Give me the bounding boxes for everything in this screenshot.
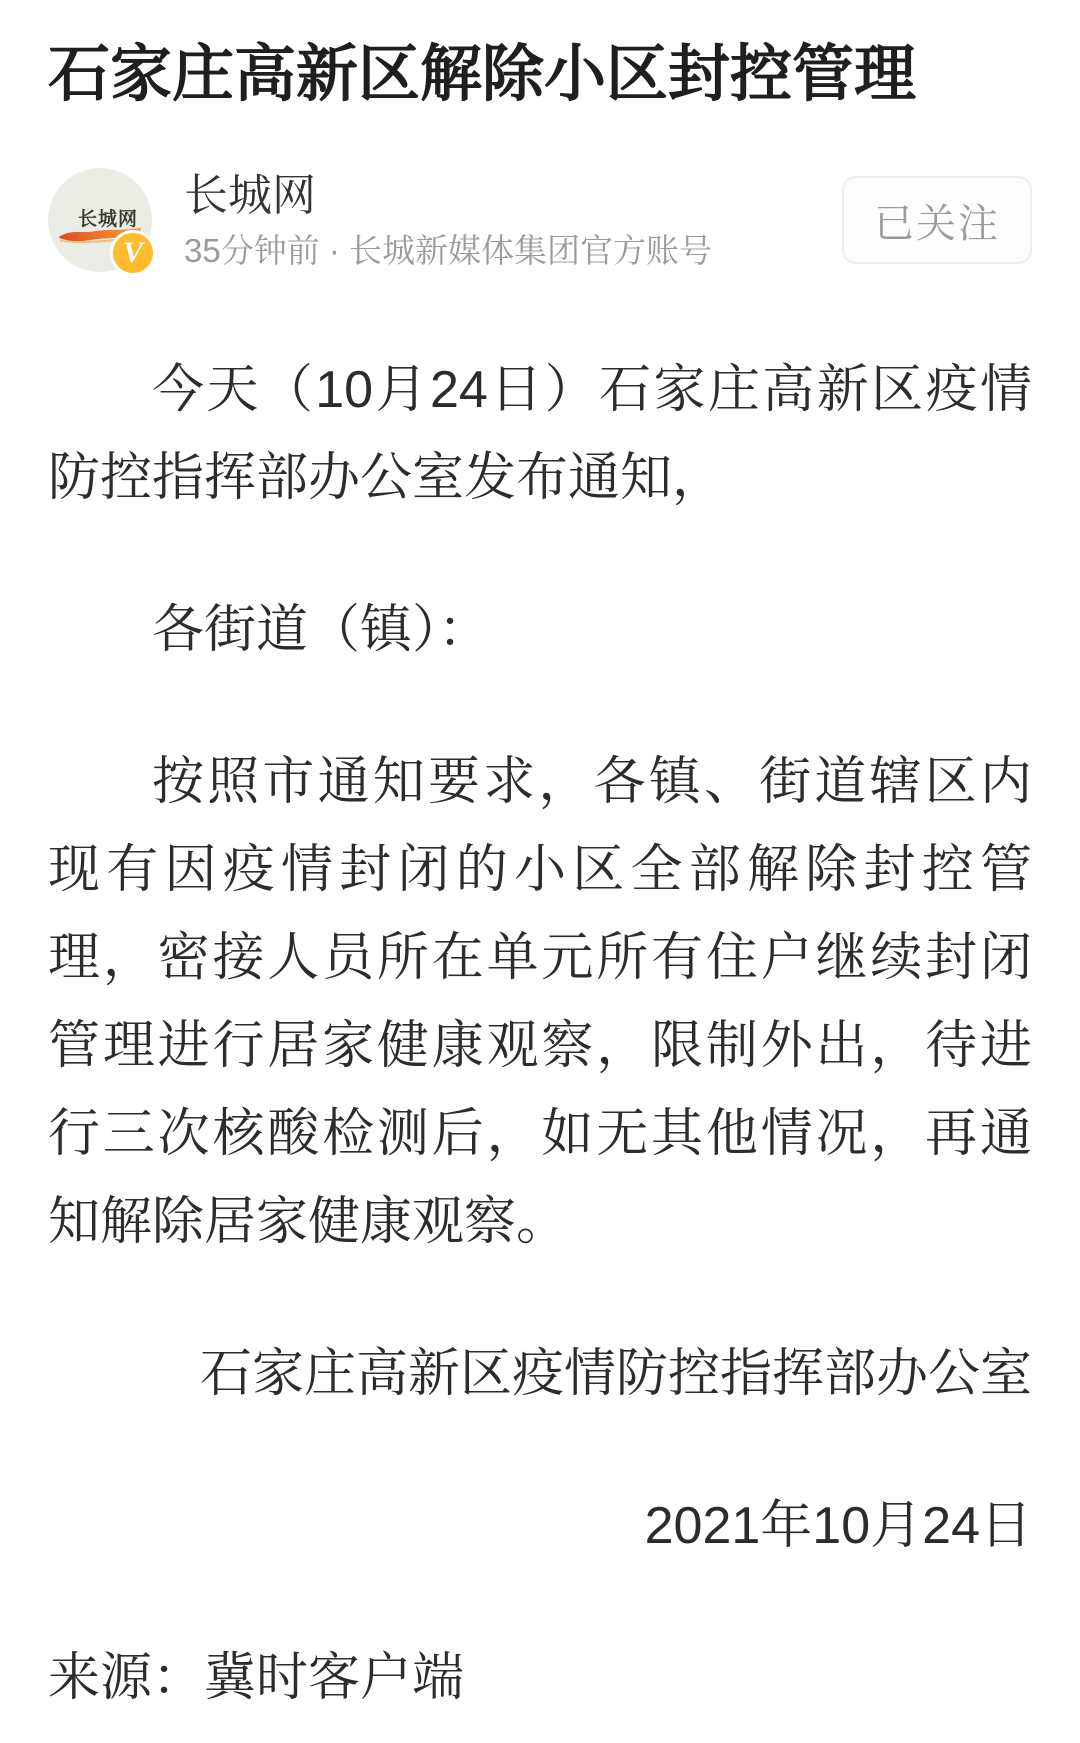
paragraph-main: 按照市通知要求，各镇、街道辖区内现有因疫情封闭的小区全部解除封控管理，密接人员所… — [48, 738, 1032, 1266]
author-row: 长城网 V 长城网 35分钟前 · 长城新媒体集团官方账号 — [48, 168, 1032, 272]
date-line: 2021年10月24日 — [48, 1482, 1032, 1570]
author-meta: 35分钟前 · 长城新媒体集团官方账号 — [184, 233, 842, 269]
author-info: 长城网 35分钟前 · 长城新媒体集团官方账号 — [184, 171, 842, 269]
article-body: 今天（10月24日）石家庄高新区疫情防控指挥部办公室发布通知， 各街道（镇）： … — [48, 346, 1032, 1722]
followed-button[interactable]: 已关注 — [842, 176, 1032, 264]
paragraph-salutation: 各街道（镇）： — [48, 586, 1032, 674]
verified-badge-icon: V — [110, 230, 156, 276]
signature-line: 石家庄高新区疫情防控指挥部办公室 — [48, 1330, 1032, 1418]
article-page: 石家庄高新区解除小区封控管理 长城网 V — [0, 0, 1080, 1743]
author-avatar[interactable]: 长城网 V — [48, 168, 152, 272]
author-name[interactable]: 长城网 — [184, 171, 842, 221]
article-title: 石家庄高新区解除小区封控管理 — [48, 40, 1032, 110]
paragraph-intro: 今天（10月24日）石家庄高新区疫情防控指挥部办公室发布通知， — [48, 346, 1032, 522]
source-line: 来源：冀时客户端 — [48, 1634, 1032, 1722]
